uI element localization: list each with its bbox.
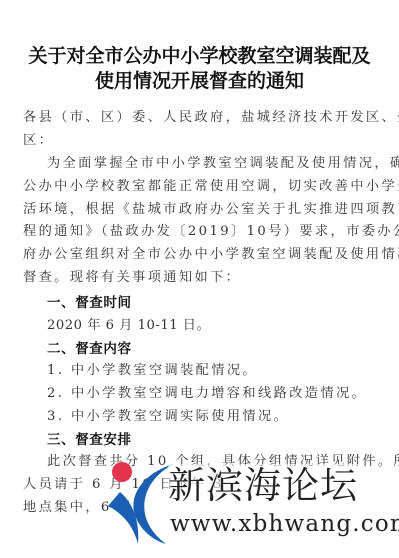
document-title-line-2: 使用情况开展督查的通知 (0, 66, 399, 93)
body-line: 督查。现将有关事项通知如下： (23, 270, 373, 286)
section-heading-time: 一、督查时间 (47, 295, 397, 311)
body-line: 区： (23, 133, 373, 149)
body-line: 各县（市、区）委、人民政府，盐城经济技术开发区、盐南高新 (23, 110, 373, 126)
section-line: 1. 中小学教室空调装配情况。 (47, 363, 397, 379)
body-line: 公办中小学校教室都能正常使用空调，切实改善中小学生学习生 (23, 179, 373, 195)
body-line: 府办公室组织对全市公办中小学教室空调装配及使用情况开展 (23, 247, 373, 263)
section-line: 3. 中小学教室空调实际使用情况。 (47, 409, 397, 425)
watermark-url: www.xbhwang.com (170, 510, 399, 538)
section-heading-arrangement: 三、督查安排 (47, 432, 397, 448)
section-heading-content: 二、督查内容 (47, 341, 397, 357)
watermark: 新滨海论坛 www.xbhwang.com (100, 462, 399, 552)
body-line: 程的通知》（盐政办发〔2019〕10号）要求，市委办公室、市政 (23, 224, 373, 240)
watermark-dot-icon (112, 462, 132, 482)
body-line: 活环境，根据《盐城市政府办公室关于扎实推进四项教育惠民工 (23, 202, 373, 218)
section-line: 2. 中小学教室空调电力增容和线路改造情况。 (47, 386, 397, 402)
document-title-line-1: 关于对全市公办中小学校教室空调装配及 (0, 41, 399, 68)
body-line: 为全面掌握全市中小学教室空调装配及使用情况，确保所有 (47, 156, 373, 172)
section-line: 2020 年 6 月 10-11 日。 (47, 318, 397, 334)
watermark-name: 新滨海论坛 (168, 464, 358, 508)
